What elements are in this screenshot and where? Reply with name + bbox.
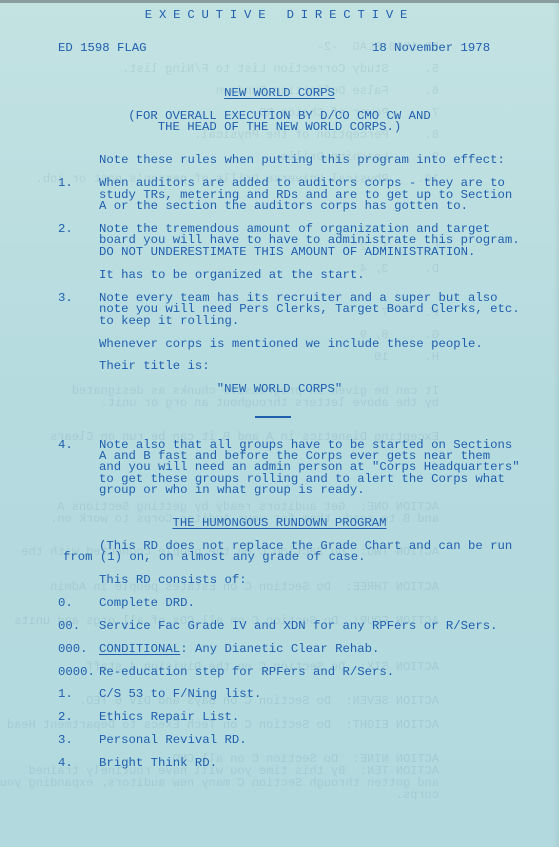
step-text: Service Fac Grade IV and XDN for any RPF… bbox=[99, 621, 497, 633]
step-number: 1. bbox=[58, 689, 73, 701]
step-text-conditional: CONDITIONAL: Any Dianetic Clear Rehab. bbox=[99, 644, 379, 656]
rule-3-followup-1: Whenever corps is mentioned we include t… bbox=[99, 339, 483, 351]
rule-1-number: 1. bbox=[58, 178, 73, 190]
subtitle-line-2: THE HEAD OF THE NEW WORLD CORPS.) bbox=[0, 122, 559, 134]
rule-1-line-3: A or the section the auditors corps has … bbox=[99, 201, 468, 213]
step-number: 00. bbox=[58, 621, 80, 633]
rule-2-line-3: DO NOT UNDERESTIMATE THIS AMOUNT OF ADMI… bbox=[99, 247, 475, 259]
corps-title: "NEW WORLD CORPS" bbox=[0, 384, 559, 396]
step-number: 4. bbox=[58, 758, 73, 770]
rule-2-followup: It has to be organized at the start. bbox=[99, 270, 365, 282]
section-divider bbox=[255, 416, 291, 418]
step-text: Personal Revival RD. bbox=[99, 735, 247, 747]
rule-4-number: 4. bbox=[58, 440, 73, 452]
program-note-line-2: from (1) on, on almost any grade of case… bbox=[63, 552, 366, 564]
program-title: THE HUMONGOUS RUNDOWN PROGRAM bbox=[0, 518, 559, 530]
rule-4-line-5: group or who in what group is ready. bbox=[99, 485, 365, 497]
step-text: C/S 53 to F/Ning list. bbox=[99, 689, 261, 701]
document-page: EXECUTIVE DIRECTIVE ED 1598 FLAG 18 Nove… bbox=[0, 0, 559, 847]
step-text: Complete DRD. bbox=[99, 598, 195, 610]
step-text: Bright Think RD. bbox=[99, 758, 217, 770]
step-number: 0000. bbox=[58, 667, 95, 679]
step-text: Ethics Repair List. bbox=[99, 712, 239, 724]
intro-text: Note these rules when putting this progr… bbox=[99, 155, 505, 167]
rule-3-number: 3. bbox=[58, 293, 73, 305]
consists-of: This RD consists of: bbox=[99, 575, 247, 587]
step-number: 0. bbox=[58, 598, 73, 610]
document-title: NEW WORLD CORPS bbox=[0, 88, 559, 100]
rule-3-line-3: to keep it rolling. bbox=[99, 316, 239, 328]
directive-reference: ED 1598 FLAG bbox=[58, 43, 147, 55]
step-number: 000. bbox=[58, 644, 88, 656]
conditional-label: CONDITIONAL bbox=[99, 642, 180, 656]
directive-date: 18 November 1978 bbox=[372, 43, 490, 55]
directive-heading: EXECUTIVE DIRECTIVE bbox=[0, 10, 559, 22]
step-number: 2. bbox=[58, 712, 73, 724]
rule-2-number: 2. bbox=[58, 224, 73, 236]
step-text: Re-education step for RPFers and R/Sers. bbox=[99, 667, 394, 679]
rule-3-followup-2: Their title is: bbox=[99, 361, 210, 373]
conditional-text: : Any Dianetic Clear Rehab. bbox=[180, 642, 379, 656]
step-number: 3. bbox=[58, 735, 73, 747]
